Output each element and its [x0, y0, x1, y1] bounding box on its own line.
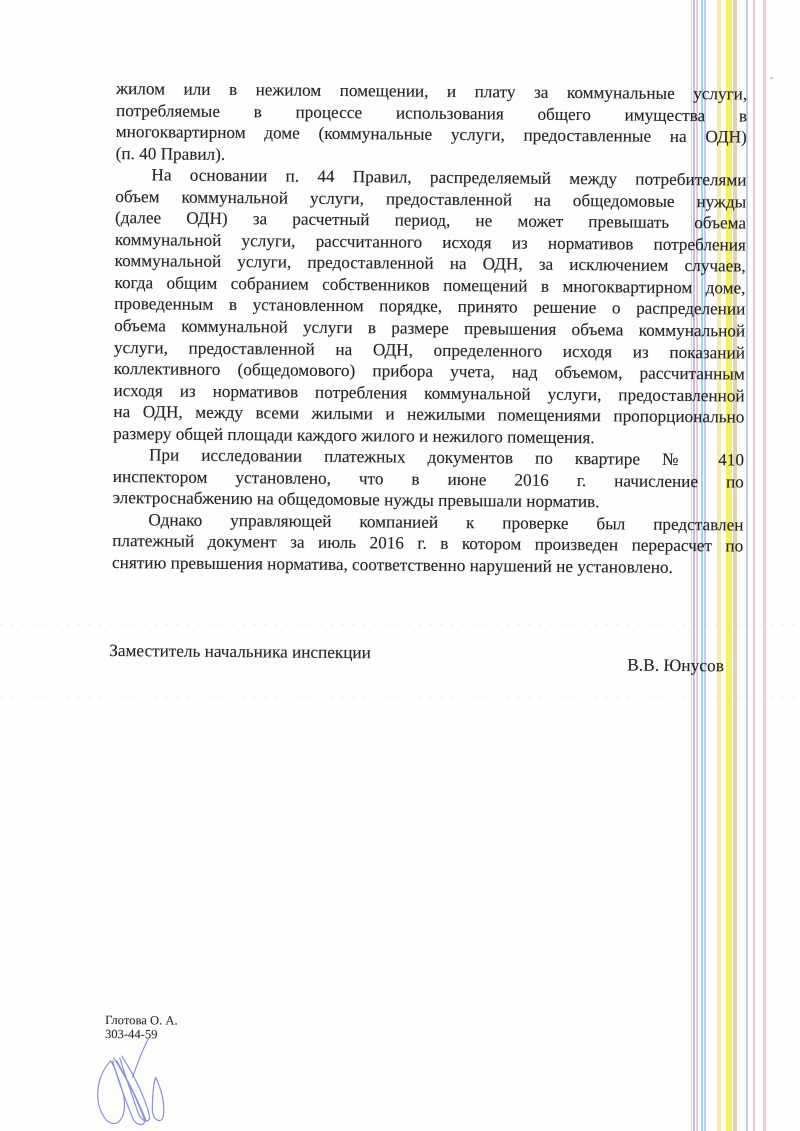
executor-name: Глотова О. А. — [105, 1014, 178, 1028]
scan-skew-layer: жилом или в нежилом помещении, и плату з… — [0, 0, 800, 1131]
scanned-document-page: жилом или в нежилом помещении, и плату з… — [0, 0, 800, 1131]
scan-speck — [770, 77, 773, 79]
signoff-position-label: Заместитель начальника инспекции — [109, 641, 371, 663]
text-line: снятию превышения норматива, соответстве… — [112, 552, 743, 579]
signoff-name: В.В. Юнусов — [627, 654, 724, 676]
scan-noise-row — [0, 697, 800, 698]
document-body-text: жилом или в нежилом помещении, и плату з… — [112, 78, 747, 579]
scan-noise-row — [0, 624, 800, 625]
handwritten-signature-icon — [86, 1031, 197, 1131]
